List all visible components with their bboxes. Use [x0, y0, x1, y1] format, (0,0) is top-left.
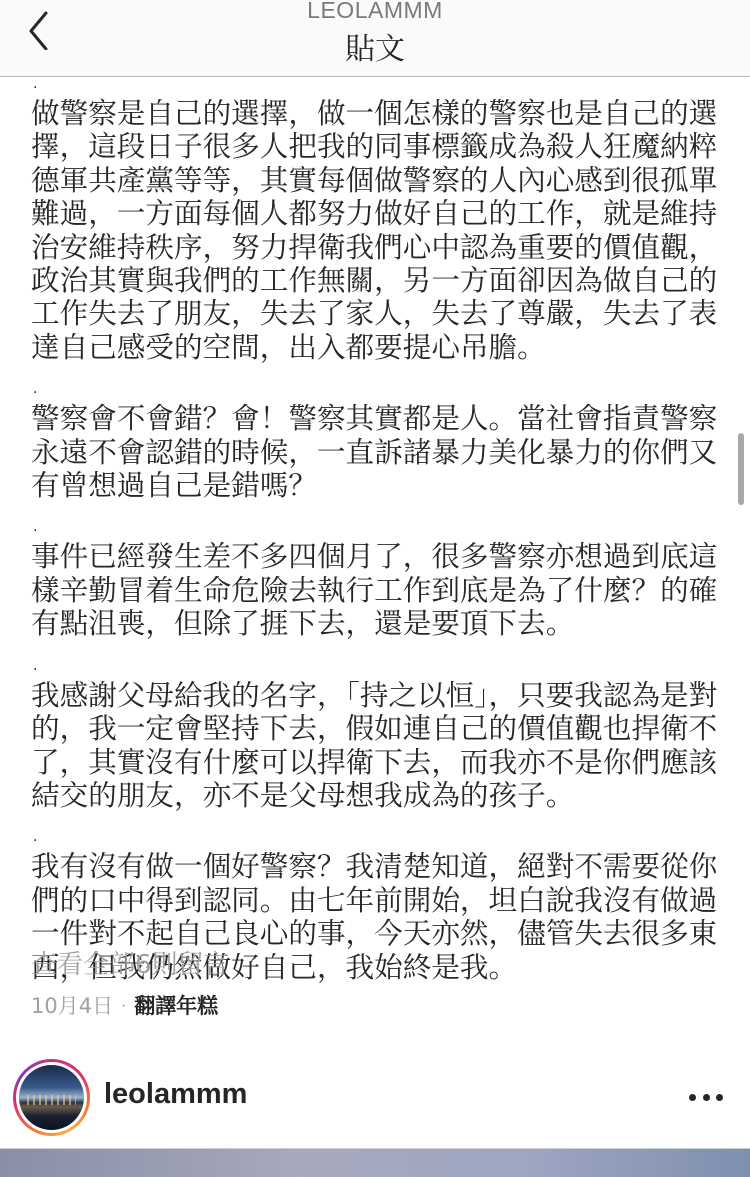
caption-separator: .	[31, 382, 721, 402]
caption-paragraph: 做警察是自己的選擇，做一個怎樣的警察也是自己的選擇，這段日子很多人把我的同事標籤…	[31, 97, 721, 364]
caption-separator: .	[31, 659, 721, 679]
avatar[interactable]	[13, 1059, 90, 1136]
caption-paragraph: 警察會不會錯？會！警察其實都是人。當社會指責警察永遠不會認錯的時候，一直訴諸暴力…	[31, 402, 721, 502]
avatar-image	[19, 1065, 84, 1130]
post-caption: . 做警察是自己的選擇，做一個怎樣的警察也是自己的選擇，這段日子很多人把我的同事…	[31, 77, 721, 1022]
next-post-header: leolammm	[0, 1056, 750, 1140]
meta-separator: ·	[121, 996, 126, 1015]
caption-separator: .	[31, 520, 721, 540]
post-username[interactable]: leolammm	[104, 1078, 247, 1111]
more-horizontal-icon	[689, 1094, 696, 1101]
caption-separator: .	[31, 77, 721, 97]
translate-link[interactable]: 翻譯年糕	[134, 990, 218, 1020]
scrollbar[interactable]	[738, 433, 744, 505]
page-title: 貼文	[0, 24, 750, 68]
post-image[interactable]	[0, 1148, 750, 1177]
view-all-comments-link[interactable]: 查看全部6則留言	[31, 944, 230, 981]
caption-separator: .	[31, 830, 721, 850]
post-meta: 10月4日 · 翻譯年糕	[31, 990, 218, 1020]
more-options-button[interactable]	[689, 1090, 723, 1104]
post-date: 10月4日	[31, 990, 113, 1020]
caption-paragraph: 事件已經發生差不多四個月了，很多警察亦想過到底這樣辛勤冒着生命危險去執行工作到底…	[31, 540, 721, 640]
navigation-bar: LEOLAMMM 貼文	[0, 0, 750, 77]
caption-paragraph: 我感謝父母給我的名字，「持之以恒」，只要我認為是對的，我一定會堅持下去，假如連自…	[31, 679, 721, 813]
nav-username-subtitle: LEOLAMMM	[0, 0, 750, 24]
